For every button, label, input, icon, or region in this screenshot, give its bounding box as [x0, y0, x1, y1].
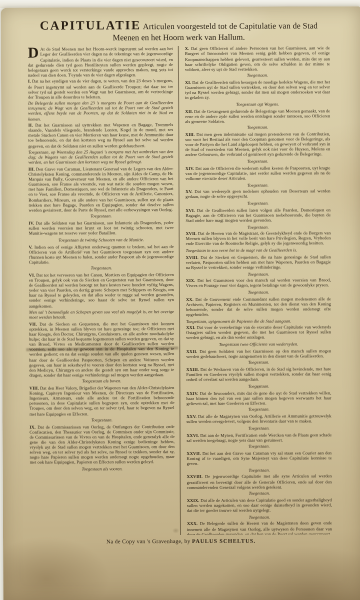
article-number: XII. [185, 109, 194, 114]
article-paragraph: VIII. Dat den Heer Valory, Brigadier der… [29, 385, 174, 416]
article-response: Toegestaan de twintig Schooten van de Mu… [29, 237, 174, 243]
article-number: XXX. [187, 521, 200, 526]
article-response: Toegestaan. [187, 425, 332, 431]
article-number: X. [185, 46, 191, 51]
article-paragraph: VI. Dat tot het vervoeren van het Canon,… [29, 272, 174, 308]
article-response: Toegestaan. [186, 224, 331, 230]
article-paragraph: XV. Dat van wedersyds geen nodeloos opho… [185, 189, 330, 200]
article-response: Toegestaan. [187, 444, 332, 450]
article-number: II. [28, 123, 35, 128]
title-subtitle: Articulen voorgesteld tot de Capitulatie… [143, 21, 318, 31]
article-response: Toegestaan. [29, 265, 174, 271]
article-response: Men sal 't benoodigde en Schepen geven s… [29, 309, 174, 320]
article-response: Toegestaan. [186, 407, 331, 413]
article-paragraph: V. Indien een of eenige Affuyten onderwe… [29, 244, 174, 265]
article-paragraph: XXII. Dat geen Soldaten van het Guarniso… [186, 348, 331, 359]
article-response: Toegestaan. [29, 417, 174, 423]
text-columns: DAt de Stad Meenen met het Hoorn-werck i… [28, 46, 332, 536]
article-paragraph: XXV. Dat alle de Magasynen van Oorlog, A… [186, 413, 331, 424]
imprint-text: Na de Copy van 's Gravenhage, by [106, 539, 192, 545]
article-paragraph: XIV. Dat aan de Officieren die wederom s… [185, 165, 330, 181]
article-response: Toegestaan. [185, 73, 330, 79]
article-response: Toegestaan, op Woensdag den 25 Augusti '… [28, 149, 173, 165]
article-response: Toegestaan agt Wagens. [185, 101, 330, 107]
article-number: XXIX. [187, 498, 201, 503]
article-number: VII. [29, 322, 39, 327]
right-column-articles: X. Dat geen Officieren of andere Persoon… [185, 46, 332, 536]
article-paragraph: XXX. De Belegerde sullen de Heeren van d… [187, 521, 332, 536]
title-line2: Meenen en het Hoorn werk van Hallum. [28, 33, 330, 43]
article-number: XXVI. [187, 432, 201, 437]
article-paragraph: III. Den Grave van Caraman, Lieutenant G… [28, 166, 173, 212]
article-paragraph: XXI. Dat voor de versekeringe van de exe… [186, 325, 331, 341]
article-number: XX. [186, 297, 195, 302]
article-number: XVII. [186, 231, 198, 236]
article-paragraph: X. Dat geen Officieren of andere Persoon… [185, 46, 330, 72]
article-number: XVI. [186, 208, 197, 213]
article-response: Toegestaan. [187, 514, 332, 520]
article-response: Toegestaan. [186, 360, 331, 366]
article-response: Toegestaan. [186, 271, 331, 277]
article-response: De Belegerde sullen morgen den 23 's mor… [28, 100, 173, 121]
article-number: XIII. [185, 132, 196, 137]
article-number: IX. [30, 424, 38, 429]
paper-sheet: CAPITULATIE Articulen voorgesteld tot de… [1, 6, 360, 600]
article-number: XI. [185, 80, 192, 85]
article-paragraph: XXVIII. De jegenwoordige Capitulatie met… [187, 474, 332, 490]
article-paragraph: XXVII. Dat het aan den Grave van Caraman… [187, 450, 332, 466]
article-paragraph: XVIII. Dat de Siecken en Gequetsten, die… [186, 254, 331, 270]
article-number: XV. [185, 189, 194, 194]
article-number: XXI. [186, 325, 197, 330]
article-number: III. [28, 167, 36, 172]
article-paragraph: XIII. Dat men geen indemnisatie sal moge… [185, 131, 330, 157]
printed-area: CAPITULATIE Articulen voorgesteld tot de… [28, 18, 332, 546]
article-response: Toegestaan als boven. [29, 378, 174, 384]
article-number: VIII. [29, 386, 40, 391]
article-response: Toegestaan, uytgenomen de Papieren die d… [186, 318, 331, 324]
article-paragraph: II. Dat het Guarnisoen sal uyttrekken me… [28, 122, 173, 148]
article-number: XIV. [185, 166, 195, 171]
article-number: XXIII. [186, 367, 200, 372]
left-column: DAt de Stad Meenen met het Hoorn-werck i… [28, 46, 180, 536]
article-response: Toegestaan. [186, 289, 331, 295]
publisher-name: PAULUS SCHELTUS. [192, 539, 256, 545]
article-response: Toegestaan. [185, 158, 330, 164]
article-paragraph: IV. Dat alle Soldaten van het Guarnisoen… [29, 220, 174, 236]
article-paragraph: XII. Dat de Gevangenen gedurende de Bele… [185, 108, 330, 124]
article-response: Toegestaan als vooren. [30, 466, 175, 472]
article-paragraph: XXIV. Dat de Inwoonders, mits dat de gen… [186, 390, 331, 406]
scanned-broadside: CAPITULATIE Articulen voorgesteld tot de… [0, 0, 360, 600]
article-paragraph: XXIII. Dat de Weduwen van de Officieren,… [186, 366, 331, 382]
drop-cap: D [28, 47, 40, 60]
article-paragraph: XVII. Dat de Heeren van de Magistraat, d… [186, 231, 331, 247]
lead-paragraph: DAt de Stad Meenen met het Hoorn-werck i… [28, 46, 173, 77]
article-paragraph: XVI. Dat de Geallieerden sullen laten vo… [186, 207, 331, 223]
article-number: XXIV. [186, 391, 199, 396]
article-response: Toegestaan in soo verre het in de magt v… [186, 247, 331, 253]
article-paragraph: IX. Dat de Commissarissen van Oorlog, de… [30, 424, 175, 465]
article-number: IV. [29, 221, 36, 226]
article-number: V. [29, 244, 35, 249]
article-number: XXVIII. [187, 474, 205, 479]
article-paragraph: XXVI. Dat aan de Mynen, Fortificatien en… [187, 432, 332, 443]
article-number: XIX. [186, 278, 197, 283]
article-response: Toegestaan. [187, 491, 332, 497]
document-title: CAPITULATIE Articulen voorgesteld tot de… [28, 18, 330, 43]
article-paragraph: XI. Dat de Geallieerden sullen besorgen … [185, 79, 330, 100]
article-number: I. [28, 79, 32, 84]
article-response: Toegestaan. [186, 200, 331, 206]
article-number: XXV. [186, 414, 198, 419]
article-number: XXII. [186, 349, 199, 354]
article-paragraph: XIX. Dat het Guarnisoen voor den marsch … [186, 278, 331, 289]
article-response: Toegestaan. [29, 213, 174, 219]
article-number: XVIII. [186, 255, 201, 260]
article-number: XXVII. [187, 451, 203, 456]
article-paragraph: VII. Dat de Siecken en Gequetsten, die m… [29, 321, 174, 377]
article-response: Toegestaan. [187, 467, 332, 473]
title-word: CAPITULATIE [40, 18, 141, 32]
right-column: X. Dat geen Officieren of andere Persoon… [178, 46, 332, 536]
article-response: Toegestaan. [185, 182, 330, 188]
printer-imprint: Na de Copy van 's Gravenhage, by PAULUS … [30, 539, 332, 546]
article-response: Toegestaan twee Officieren van wedersyde… [186, 341, 331, 347]
article-response: Toegestaan. [185, 125, 330, 131]
article-paragraph: XX. Dat de Gouverneur ende Commandant su… [186, 296, 331, 317]
article-response: Toegestaan. [186, 383, 331, 389]
article-number: VI. [29, 273, 36, 278]
article-paragraph: I. Dat na het eyndigen van de vier dagen… [28, 78, 173, 99]
article-paragraph: XXIX. Dat alle de Articulen van dese Cap… [187, 497, 332, 513]
